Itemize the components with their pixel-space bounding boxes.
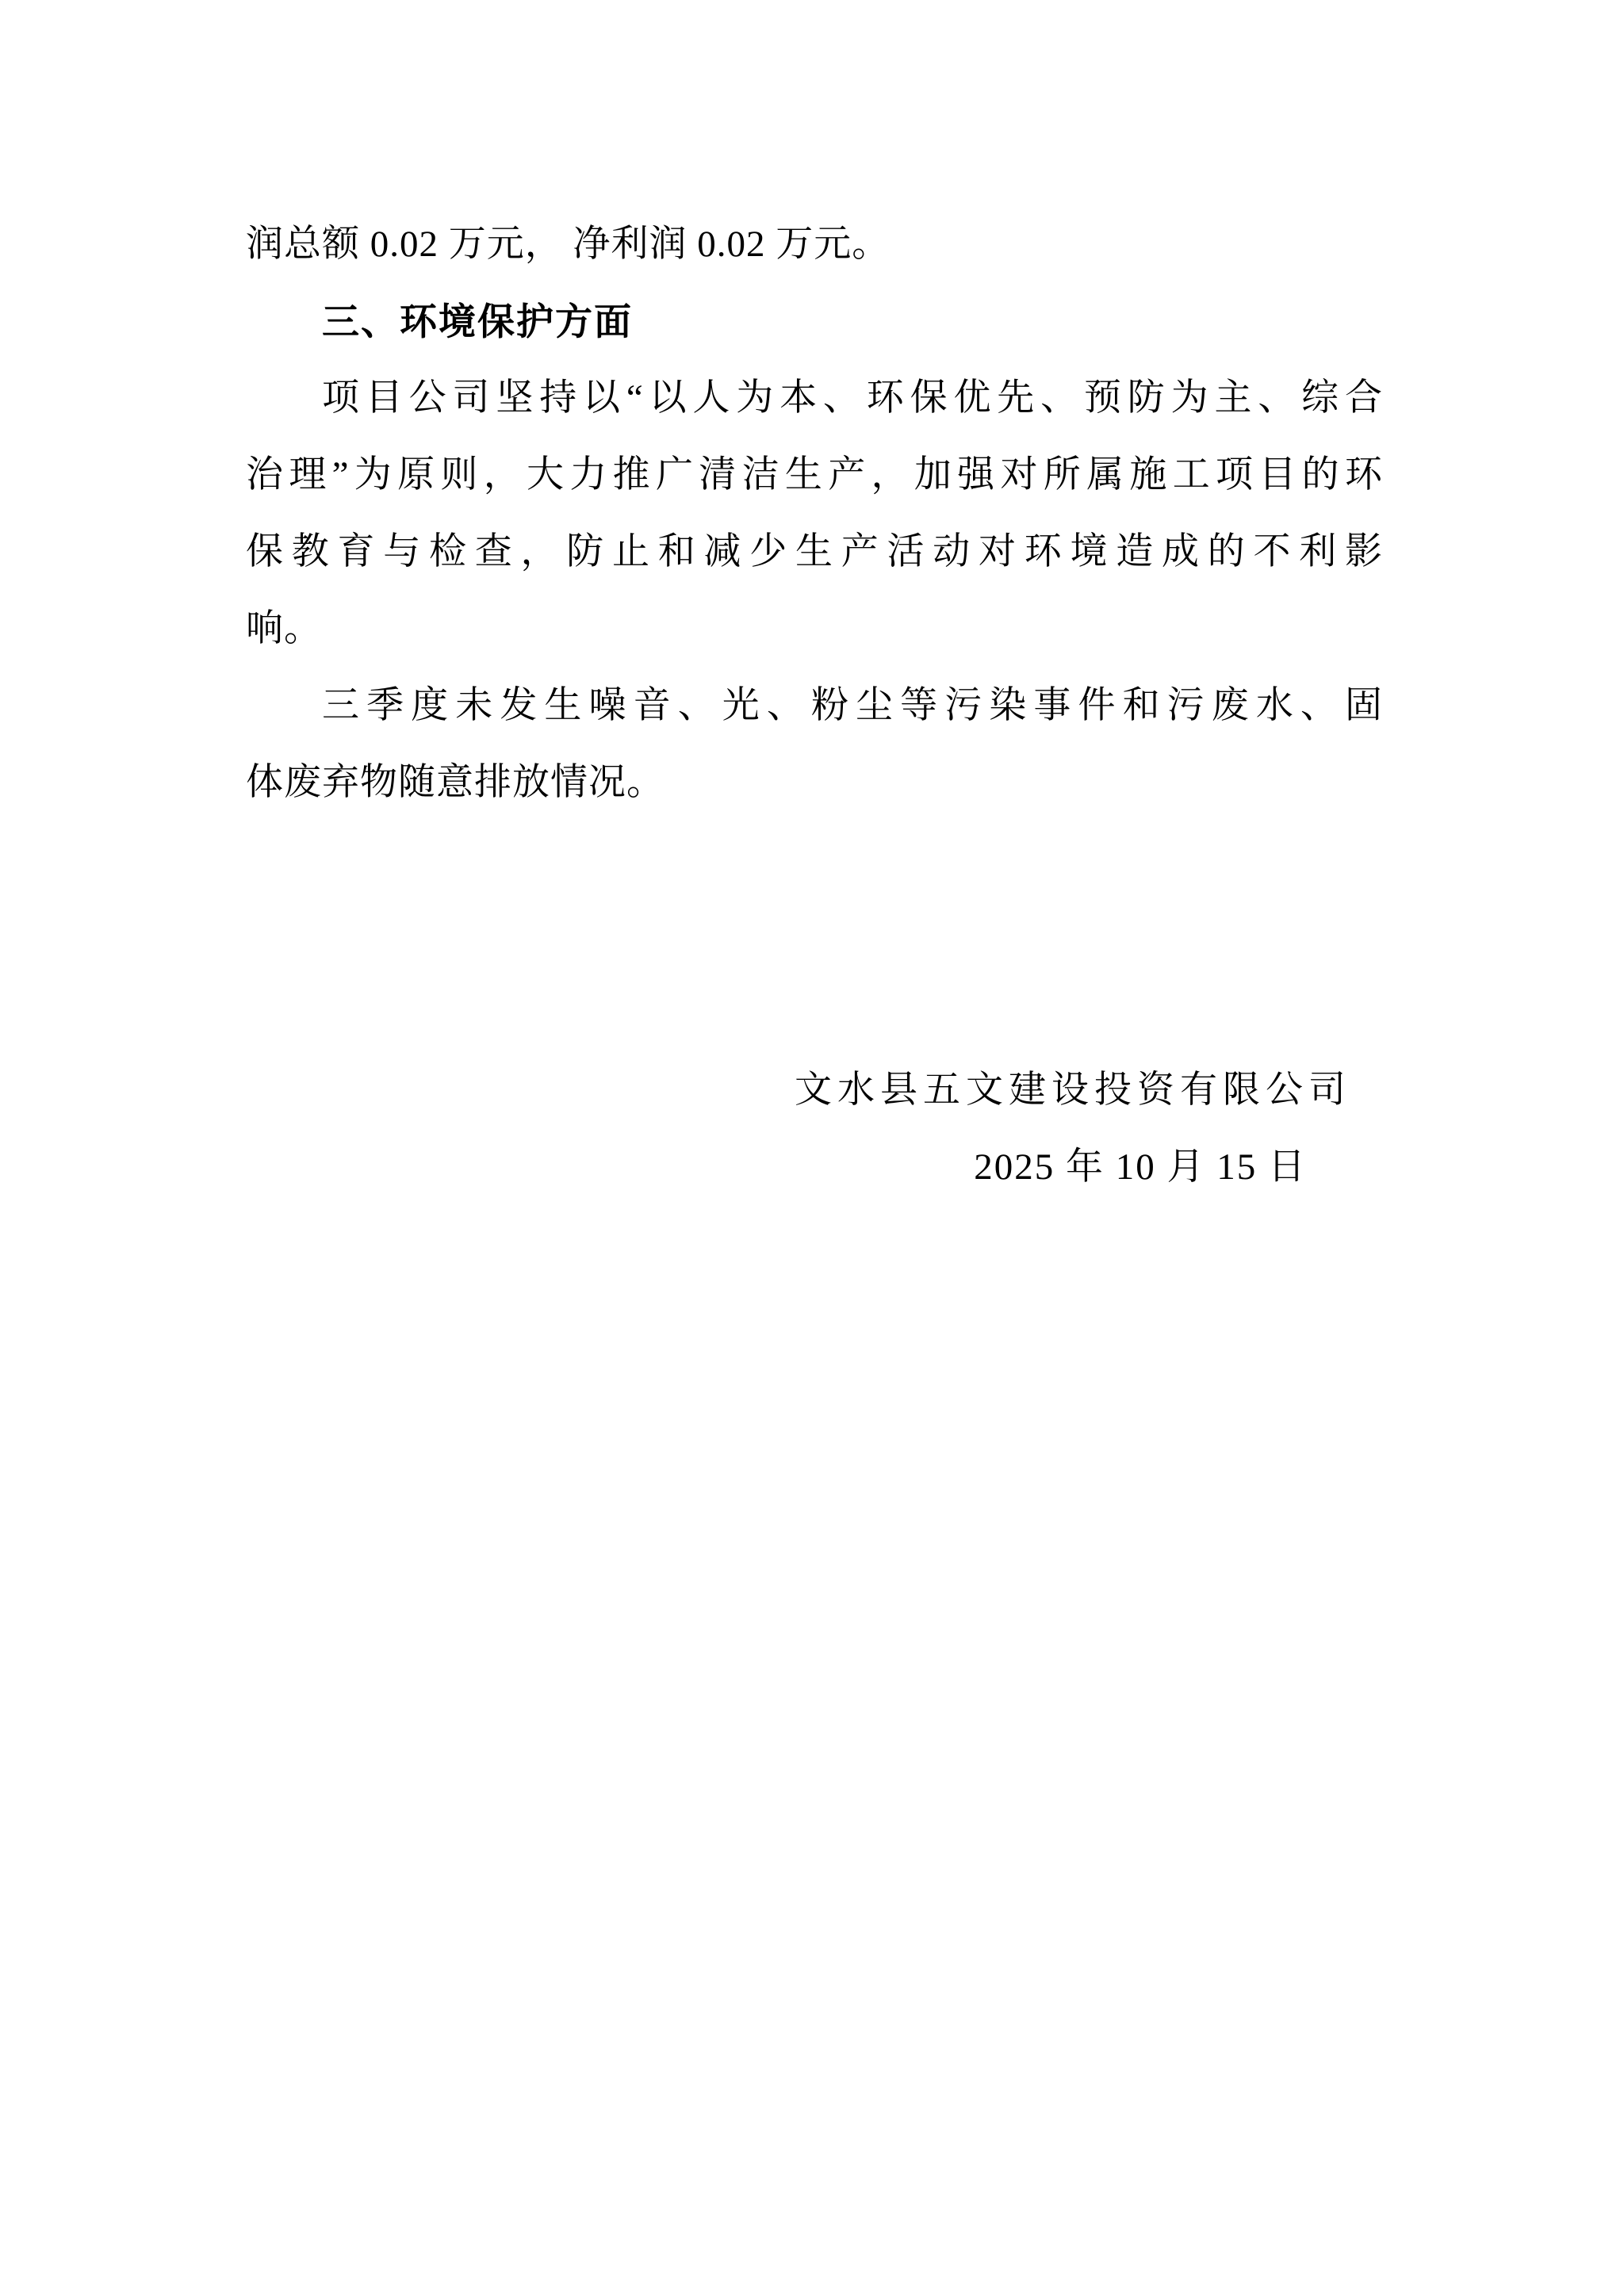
document-content: 润总额 0.02 万元， 净利润 0.02 万元。三、环境保护方面项目公司坚持以… [246, 206, 1383, 1206]
body-line: 治理”为原则，大力推广清洁生产，加强对所属施工项目的环 [246, 437, 1383, 514]
body-line: 项目公司坚持以“以人为本、环保优先、预防为主、综合 [246, 360, 1383, 437]
document-page: 润总额 0.02 万元， 净利润 0.02 万元。三、环境保护方面项目公司坚持以… [0, 0, 1624, 2296]
blank-line [246, 821, 1383, 898]
body-line: 保教育与检查，防止和减少生产活动对环境造成的不利影 [246, 514, 1383, 591]
section-heading: 三、环境保护方面 [246, 283, 1383, 360]
date-line: 2025 年 10 月 15 日 [246, 1129, 1383, 1206]
blank-line [246, 975, 1383, 1052]
body-line: 体废弃物随意排放情况。 [246, 744, 1383, 821]
blank-line [246, 898, 1383, 975]
body-line: 响。 [246, 591, 1383, 668]
body-line: 三季度未发生噪音、光、粉尘等污染事件和污废水、固 [246, 668, 1383, 744]
body-line: 润总额 0.02 万元， 净利润 0.02 万元。 [246, 206, 1383, 283]
company-signature: 文水县五文建设投资有限公司 [246, 1052, 1383, 1129]
